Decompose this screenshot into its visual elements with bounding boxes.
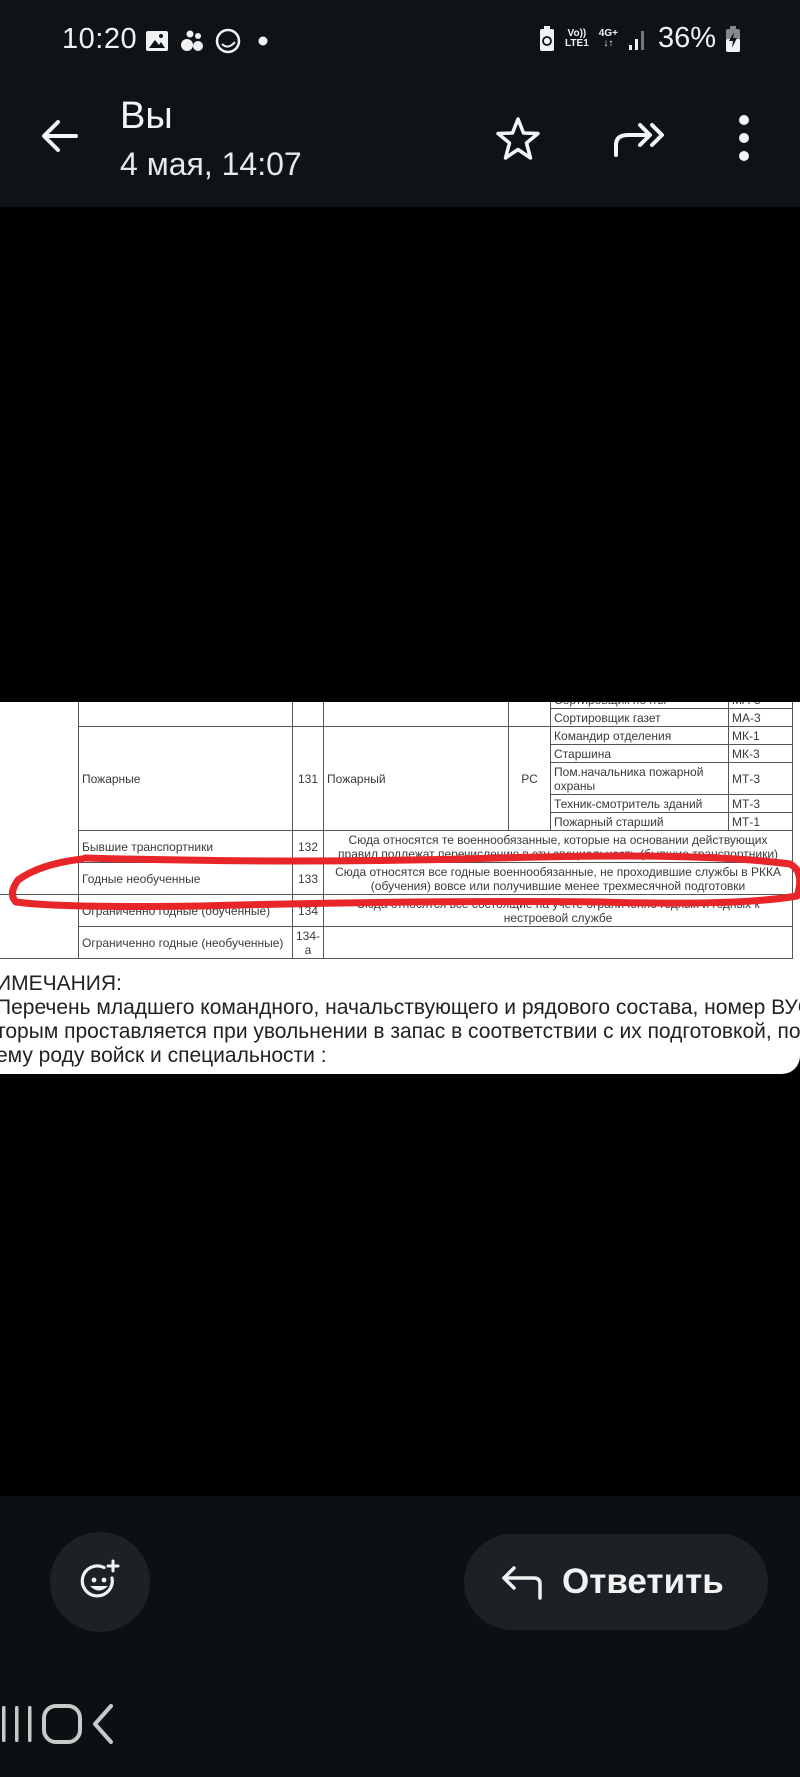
- back-nav-icon[interactable]: [89, 1702, 117, 1746]
- notes-heading: ИМЕЧАНИЯ:: [0, 972, 800, 996]
- reply-label: Ответить: [562, 1562, 724, 1602]
- number-cell: 131: [293, 727, 324, 831]
- category-cell: Бывшие транспортники: [79, 831, 293, 863]
- moon-icon: [215, 28, 241, 54]
- recents-icon[interactable]: [0, 1702, 36, 1746]
- category-cell: Ограниченно годные (необученные): [79, 927, 293, 959]
- type-cell: РС: [509, 727, 551, 831]
- add-reaction-button[interactable]: [50, 1532, 150, 1632]
- star-icon[interactable]: [494, 115, 542, 163]
- specialty-cell: Пожарный: [324, 727, 509, 831]
- network-indicator: 4G+ ↓↑: [599, 29, 618, 49]
- more-icon[interactable]: [728, 112, 760, 164]
- position-cell: Техник-смотритель зданий: [551, 795, 729, 813]
- number-cell: 134: [293, 895, 324, 927]
- description-cell: Сюда относятся все годные военнообязанны…: [324, 863, 793, 895]
- code-cell: МК-1: [729, 727, 793, 745]
- battery-saver-icon: [539, 26, 555, 52]
- notes-line: Перечень младшего командного, начальству…: [0, 996, 800, 1020]
- status-time: 10:20: [62, 23, 137, 56]
- notes-line: торым проставляется при увольнении в зап…: [0, 1020, 800, 1044]
- status-bar: 10:20 Vo)) LTE1 4G+ ↓↑ 36%: [0, 18, 800, 62]
- volte-indicator: Vo)) LTE1: [565, 29, 589, 49]
- position-cell: Сортировщик газет: [551, 709, 729, 727]
- category-cell: Годные необученные: [79, 863, 293, 895]
- description-cell: Сюда относятся все состоящие на учете ог…: [324, 895, 793, 927]
- add-reaction-icon: [76, 1558, 124, 1606]
- reply-icon: [500, 1562, 546, 1602]
- app-bubbles-icon: [179, 29, 205, 53]
- category-cell: Пожарные: [79, 727, 293, 831]
- vus-table: Сортировщик почты МА-3 Сортировщик газет…: [0, 702, 793, 959]
- category-cell: Ограниченно годные (обученные): [79, 895, 293, 927]
- message-image[interactable]: Сортировщик почты МА-3 Сортировщик газет…: [0, 702, 800, 1074]
- forward-icon[interactable]: [610, 115, 666, 163]
- position-cell: Командир отделения: [551, 727, 729, 745]
- code-cell: МА-3: [729, 709, 793, 727]
- battery-percent: 36%: [658, 22, 716, 55]
- code-cell: МТ-1: [729, 813, 793, 831]
- reply-button[interactable]: Ответить: [464, 1534, 768, 1630]
- position-cell: Старшина: [551, 745, 729, 763]
- description-cell: Сюда относятся те военнообязанные, котор…: [324, 831, 793, 863]
- notes-line: ему роду войск и специальности :: [0, 1044, 800, 1068]
- home-icon[interactable]: [40, 1702, 84, 1746]
- notes-section: ИМЕЧАНИЯ: Перечень младшего командного, …: [0, 972, 800, 1068]
- description-cell: [324, 927, 793, 959]
- battery-charging-icon: [726, 26, 740, 52]
- code-cell: МК-3: [729, 745, 793, 763]
- code-cell: МТ-3: [729, 795, 793, 813]
- message-timestamp: 4 мая, 14:07: [120, 146, 302, 183]
- position-cell: Пом.начальника пожарной охраны: [551, 763, 729, 795]
- back-icon[interactable]: [36, 112, 84, 160]
- bottom-actions: Ответить: [0, 1496, 800, 1777]
- number-cell: 132: [293, 831, 324, 863]
- dot-icon: [251, 35, 271, 47]
- number-cell: 133: [293, 863, 324, 895]
- position-cell: Пожарный старший: [551, 813, 729, 831]
- app-header: 10:20 Vo)) LTE1 4G+ ↓↑ 36% Вы 4 мая, 14:…: [0, 0, 800, 207]
- code-cell: МТ-3: [729, 763, 793, 795]
- conversation-title: Вы: [120, 95, 173, 138]
- gallery-icon: [145, 30, 169, 52]
- system-nav-bar: [0, 1702, 800, 1752]
- signal-icon: [628, 27, 648, 51]
- number-cell: 134-а: [293, 927, 324, 959]
